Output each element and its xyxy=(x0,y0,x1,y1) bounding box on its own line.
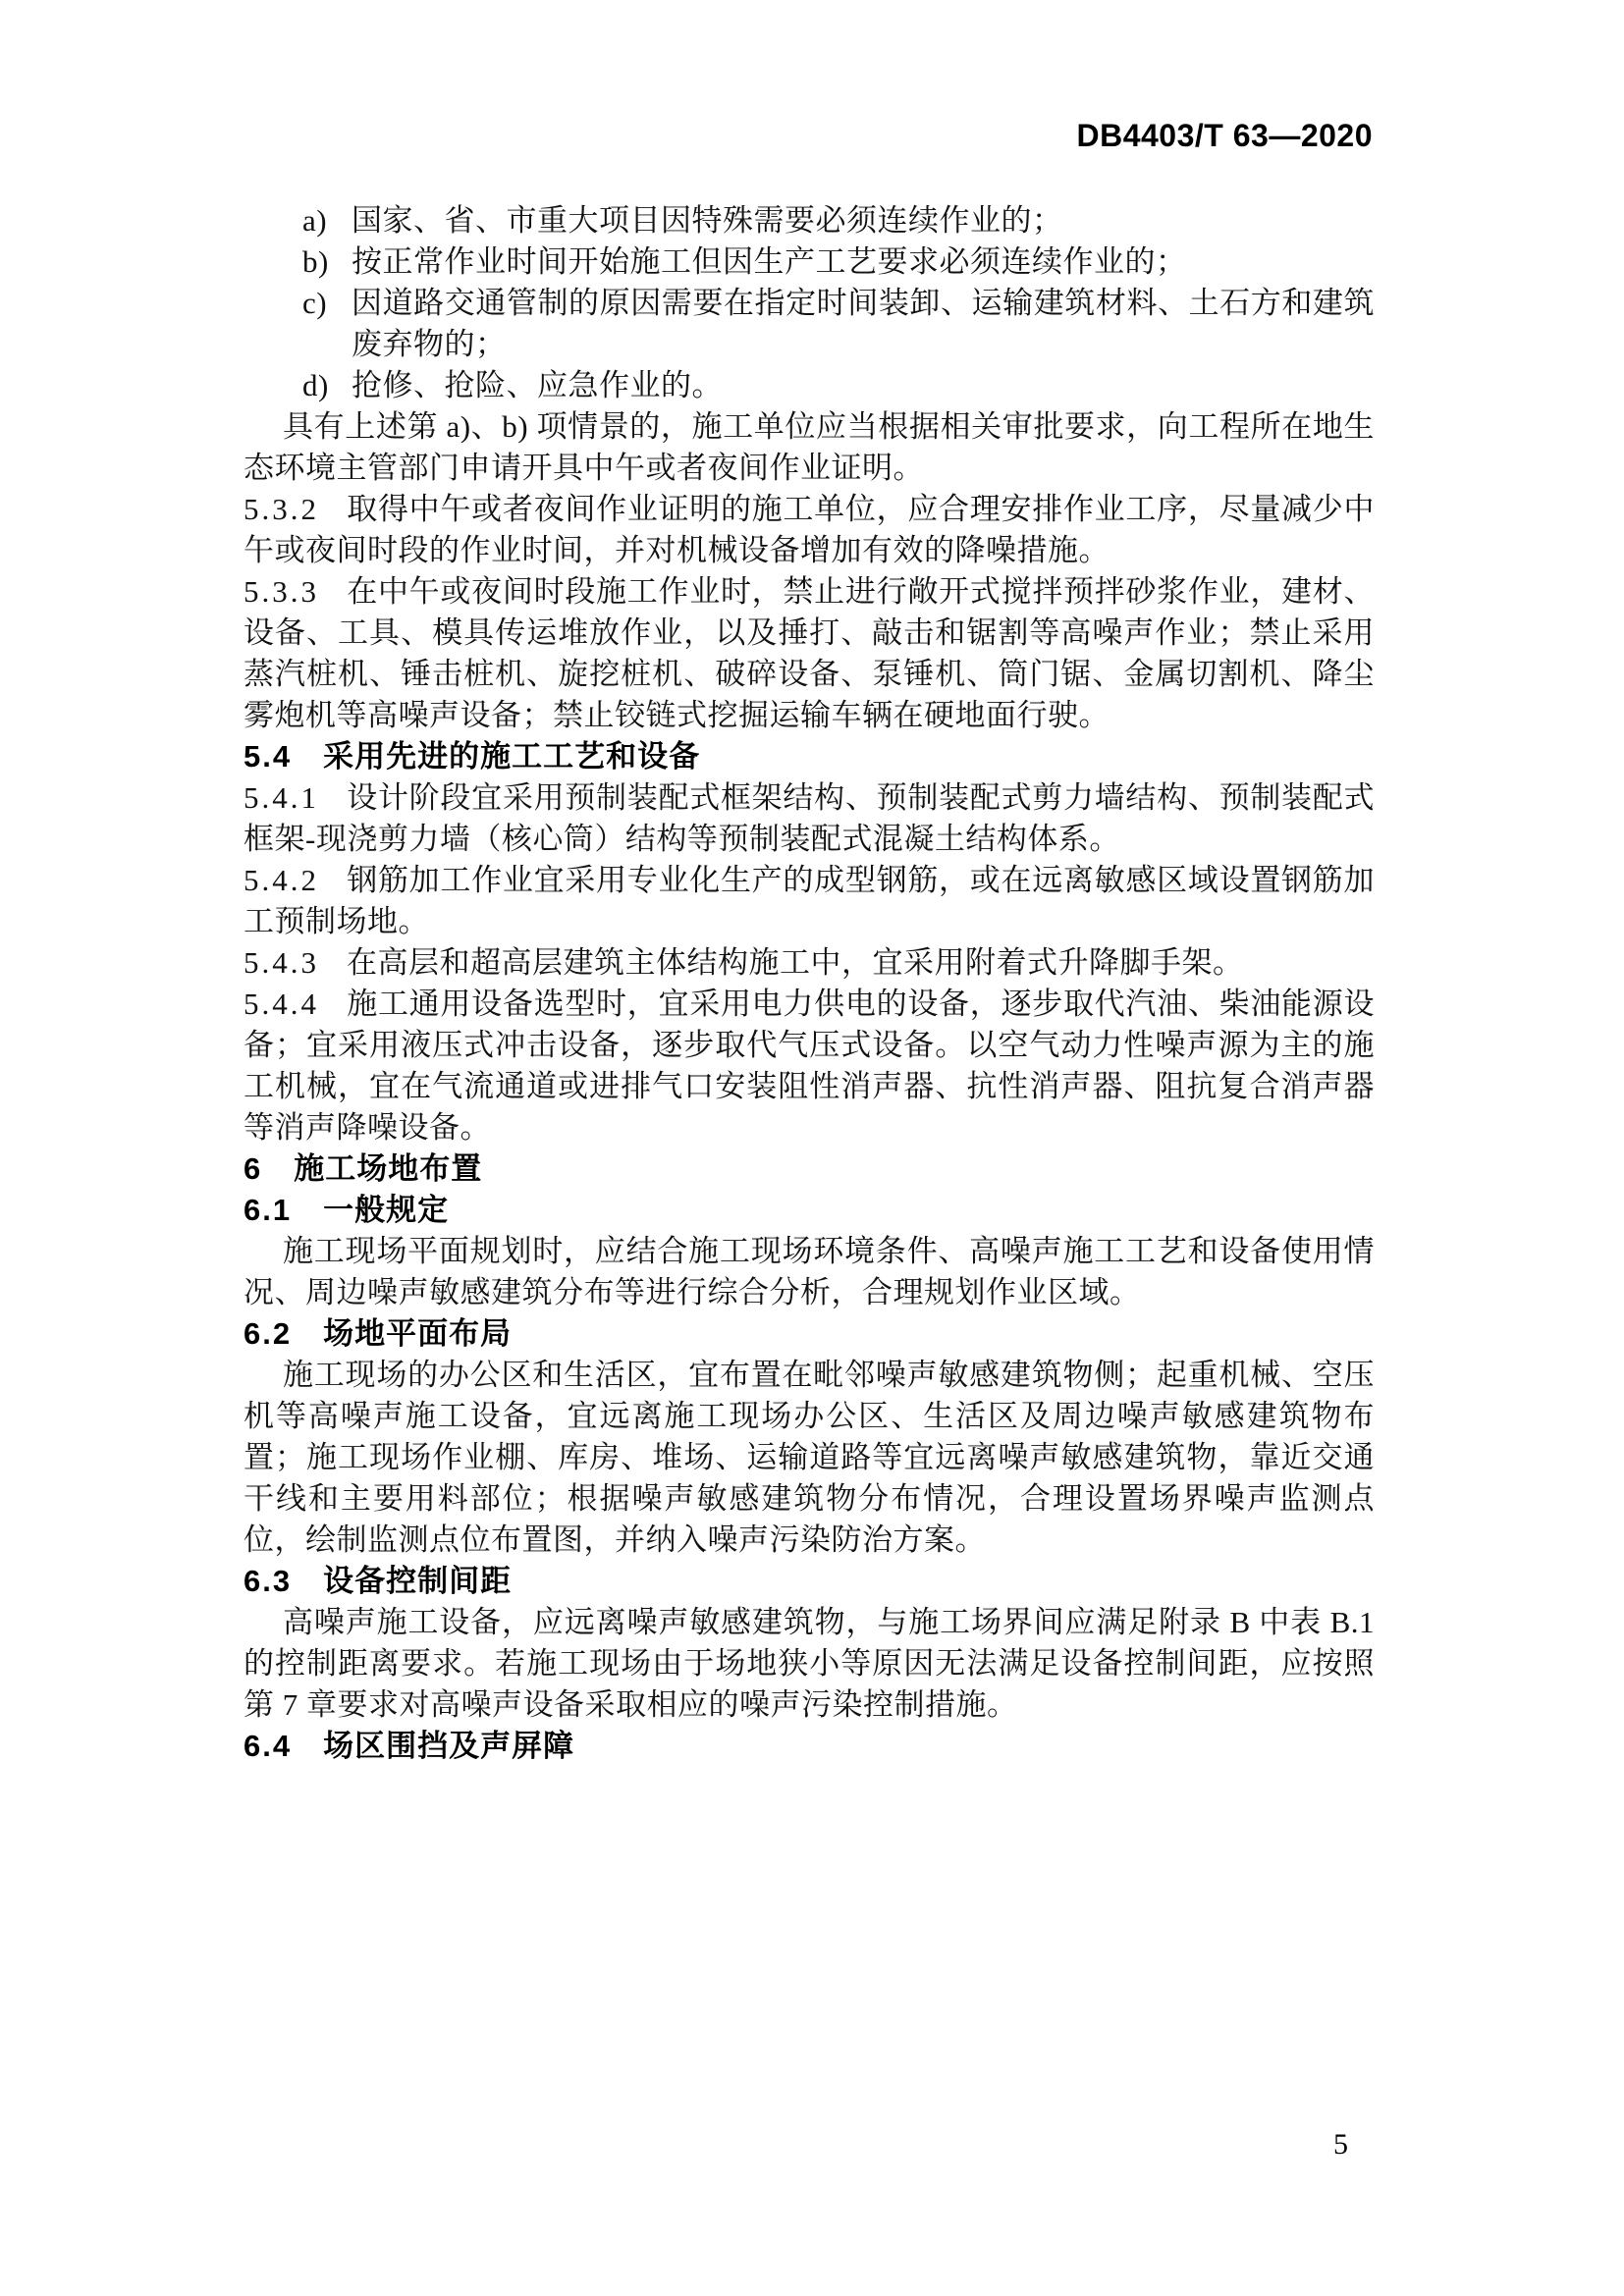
clause-5-3-3: 5.3.3在中午或夜间时段施工作业时，禁止进行敞开式搅拌预拌砂浆作业，建材、设备… xyxy=(244,571,1375,736)
chapter-heading-6: 6施工场地布置 xyxy=(244,1148,1375,1190)
list-item-c-label: c) xyxy=(302,283,327,324)
paragraph-6-1: 施工现场平面规划时，应结合施工现场环境条件、高噪声施工工艺和设备使用情况、周边噪… xyxy=(244,1231,1375,1313)
section-heading-5-4-number: 5.4 xyxy=(244,739,292,774)
list-item-d-label: d) xyxy=(302,365,329,406)
paragraph-approval: 具有上述第 a)、b) 项情景的，施工单位应当根据相关审批要求，向工程所在地生态… xyxy=(244,406,1375,489)
list-item-b: b) 按正常作业时间开始施工但因生产工艺要求必须连续作业的； xyxy=(244,241,1375,283)
list-item-b-text: 按正常作业时间开始施工但因生产工艺要求必须连续作业的； xyxy=(352,244,1187,279)
list-item-c: c) 因道路交通管制的原因需要在指定时间装卸、运输建筑材料、土石方和建筑废弃物的… xyxy=(244,283,1375,365)
section-heading-6-1-number: 6.1 xyxy=(244,1193,292,1227)
document-page: { "page": { "header_code": "DB4403/T 63—… xyxy=(0,0,1624,2296)
section-heading-6-4: 6.4场区围挡及声屏障 xyxy=(244,1726,1375,1767)
section-heading-6-1-title: 一般规定 xyxy=(323,1193,449,1227)
section-heading-6-1: 6.1一般规定 xyxy=(244,1190,1375,1231)
clause-5-4-2-text: 钢筋加工作业宜采用专业化生产的成型钢筋，或在远离敏感区域设置钢筋加工预制场地。 xyxy=(244,863,1375,938)
clause-5-3-3-number: 5.3.3 xyxy=(244,574,319,609)
clause-5-4-4: 5.4.4施工通用设备选型时，宜采用电力供电的设备，逐步取代汽油、柴油能源设备；… xyxy=(244,984,1375,1148)
section-heading-5-4-title: 采用先进的施工工艺和设备 xyxy=(323,739,700,774)
section-heading-6-3-number: 6.3 xyxy=(244,1564,292,1598)
paragraph-6-2: 施工现场的办公区和生活区，宜布置在毗邻噪声敏感建筑物侧；起重机械、空压机等高噪声… xyxy=(244,1355,1375,1561)
standard-code-header: DB4403/T 63—2020 xyxy=(1076,118,1373,154)
clause-5-4-3: 5.4.3在高层和超高层建筑主体结构施工中，宜采用附着式升降脚手架。 xyxy=(244,942,1375,984)
list-item-c-text: 因道路交通管制的原因需要在指定时间装卸、运输建筑材料、土石方和建筑废弃物的； xyxy=(352,286,1375,361)
clause-5-4-1-text: 设计阶段宜采用预制装配式框架结构、预制装配式剪力墙结构、预制装配式框架-现浇剪力… xyxy=(244,780,1375,856)
list-item-a-text: 国家、省、市重大项目因特殊需要必须连续作业的； xyxy=(352,203,1063,238)
clause-5-4-3-text: 在高层和超高层建筑主体结构施工中，宜采用附着式升降脚手架。 xyxy=(347,945,1244,980)
clause-5-4-2: 5.4.2钢筋加工作业宜采用专业化生产的成型钢筋，或在远离敏感区域设置钢筋加工预… xyxy=(244,860,1375,942)
list-item-a-label: a) xyxy=(302,200,327,241)
list-item-d-text: 抢修、抢险、应急作业的。 xyxy=(352,368,723,402)
section-heading-6-3: 6.3设备控制间距 xyxy=(244,1561,1375,1602)
section-heading-6-2: 6.2场地平面布局 xyxy=(244,1313,1375,1355)
document-body: a) 国家、省、市重大项目因特殊需要必须连续作业的； b) 按正常作业时间开始施… xyxy=(244,200,1375,1767)
clause-5-4-1-number: 5.4.1 xyxy=(244,780,319,815)
page-number: 5 xyxy=(1333,2128,1348,2162)
list-item-b-label: b) xyxy=(302,241,329,283)
clause-5-3-2-text: 取得中午或者夜间作业证明的施工单位，应合理安排作业工序，尽量减少中午或夜间时段的… xyxy=(244,492,1375,567)
clause-5-4-4-number: 5.4.4 xyxy=(244,987,319,1021)
clause-5-4-2-number: 5.4.2 xyxy=(244,863,319,897)
section-heading-6-2-title: 场地平面布局 xyxy=(323,1316,512,1351)
section-heading-6-2-number: 6.2 xyxy=(244,1316,292,1351)
clause-5-3-3-text: 在中午或夜间时段施工作业时，禁止进行敞开式搅拌预拌砂浆作业，建材、设备、工具、模… xyxy=(244,574,1375,732)
list-item-a: a) 国家、省、市重大项目因特殊需要必须连续作业的； xyxy=(244,200,1375,241)
section-heading-5-4: 5.4采用先进的施工工艺和设备 xyxy=(244,736,1375,777)
clause-5-4-3-number: 5.4.3 xyxy=(244,945,319,980)
clause-5-3-2: 5.3.2取得中午或者夜间作业证明的施工单位，应合理安排作业工序，尽量减少中午或… xyxy=(244,489,1375,571)
chapter-heading-6-title: 施工场地布置 xyxy=(294,1151,482,1186)
paragraph-6-3: 高噪声施工设备，应远离噪声敏感建筑物，与施工场界间应满足附录 B 中表 B.1 … xyxy=(244,1602,1375,1726)
clause-5-4-4-text: 施工通用设备选型时，宜采用电力供电的设备，逐步取代汽油、柴油能源设备；宜采用液压… xyxy=(244,987,1375,1145)
section-heading-6-3-title: 设备控制间距 xyxy=(323,1564,512,1598)
clause-5-4-1: 5.4.1设计阶段宜采用预制装配式框架结构、预制装配式剪力墙结构、预制装配式框架… xyxy=(244,777,1375,860)
section-heading-6-4-title: 场区围挡及声屏障 xyxy=(323,1729,574,1763)
clause-5-3-2-number: 5.3.2 xyxy=(244,492,319,526)
chapter-heading-6-number: 6 xyxy=(244,1151,262,1186)
list-item-d: d) 抢修、抢险、应急作业的。 xyxy=(244,365,1375,406)
section-heading-6-4-number: 6.4 xyxy=(244,1729,292,1763)
